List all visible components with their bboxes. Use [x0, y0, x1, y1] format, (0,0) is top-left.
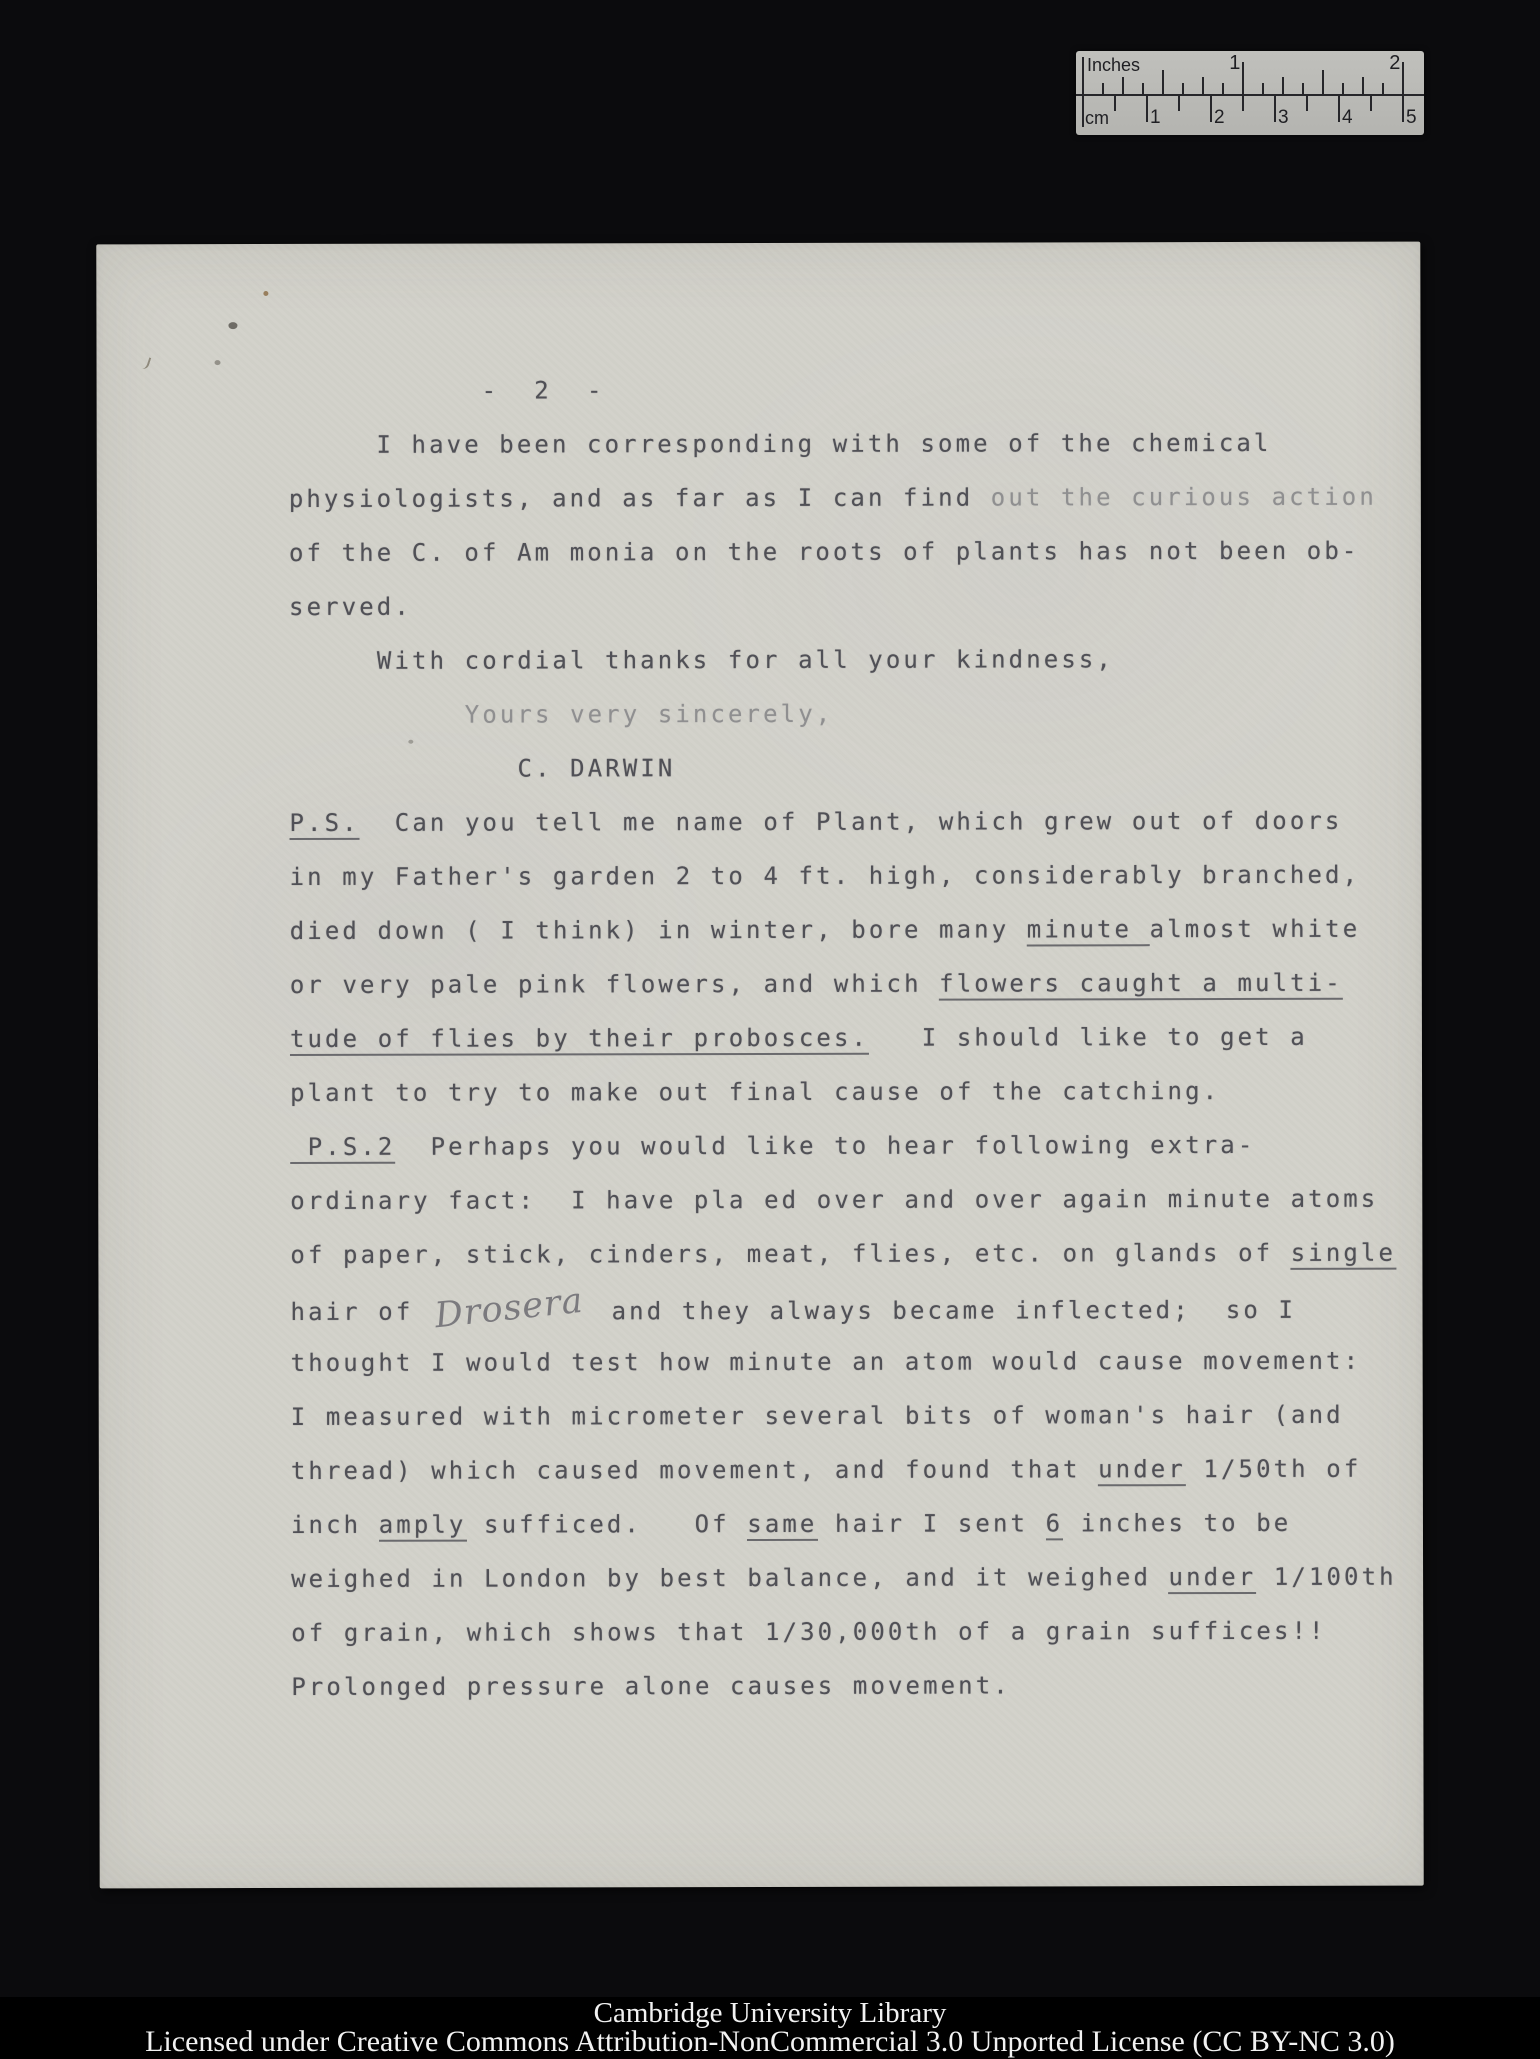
inches-label: Inches [1087, 55, 1140, 76]
text-segment: - 2 - [289, 376, 605, 405]
cm-tick [1274, 96, 1276, 122]
inch-tick [1242, 62, 1244, 94]
license-text: Licensed under Creative Commons Attribut… [0, 2027, 1540, 2057]
text-segment: of paper, stick, cinders, meat, flies, e… [290, 1239, 1290, 1269]
cm-tick [1082, 96, 1084, 122]
text-segment: thread) which caused movement, and found… [291, 1455, 1098, 1485]
underlined-text: P.S.2 [290, 1133, 395, 1164]
text-segment: I should like to get a [869, 1023, 1308, 1052]
text-segment: almost white [1150, 915, 1361, 943]
letter-line: in my Father's garden 2 to 4 ft. high, c… [290, 848, 1396, 904]
letter-line: weighed in London by best balance, and i… [291, 1550, 1397, 1606]
text-segment: of grain, which shows that 1/30,000th of… [291, 1617, 1326, 1647]
inch-tick [1362, 77, 1364, 94]
attribution-footer: Cambridge University Library Licensed un… [0, 1997, 1540, 2059]
text-segment: C. DARWIN [289, 754, 675, 783]
cm-tick [1370, 96, 1372, 111]
inch-tick [1302, 83, 1304, 94]
inch-tick [1282, 77, 1284, 94]
letter-line: of grain, which shows that 1/30,000th of… [291, 1604, 1397, 1660]
text-segment: of the C. of Am monia on the roots of pl… [289, 537, 1360, 567]
letter-line: Yours very sincerely, [289, 686, 1395, 742]
text-segment: and they always became inflected; so I [594, 1296, 1296, 1325]
text-segment: ordinary fact: I have pla ed over and ov… [290, 1185, 1378, 1215]
underlined-text: minute [1027, 915, 1150, 946]
inch-tick [1162, 70, 1164, 94]
text-segment: Prolonged pressure alone causes movement… [291, 1671, 1011, 1701]
text-segment: or very pale pink flowers, and which [290, 970, 939, 999]
letter-line: hair of Drosera and they always became i… [290, 1280, 1396, 1336]
letter-page: - 2 - I have been corresponding with som… [96, 242, 1423, 1889]
handwritten-word: Drosera [432, 1274, 586, 1344]
inch-number: 1 [1229, 52, 1240, 75]
letter-line: thread) which caused movement, and found… [291, 1442, 1397, 1498]
inch-tick [1322, 70, 1324, 94]
scan-background: Inches cm 12 12345 - 2 - I have been cor… [0, 0, 1540, 2059]
letter-line: I have been corresponding with some of t… [289, 416, 1395, 472]
paper-speck [228, 322, 237, 329]
text-segment: physiologists, and as far as I can find [289, 484, 991, 513]
inch-tick [1222, 83, 1224, 94]
underlined-text: P.S. [289, 809, 359, 840]
inch-tick [1122, 77, 1124, 94]
letter-body: - 2 - I have been corresponding with som… [289, 362, 1397, 1714]
page-number-line: - 2 - [289, 362, 1395, 418]
inch-tick [1182, 83, 1184, 94]
inch-tick [1202, 77, 1204, 94]
text-segment: inches to be [1063, 1509, 1291, 1537]
cm-number: 2 [1214, 107, 1225, 129]
letter-line: inch amply sufficed. Of same hair I sent… [291, 1496, 1397, 1552]
text-segment: Perhaps you would like to hear following… [395, 1131, 1255, 1161]
cm-tick [1146, 96, 1148, 122]
text-segment: thought I would test how minute an atom … [291, 1347, 1362, 1377]
letter-line: P.S. Can you tell me name of Plant, whic… [289, 794, 1395, 850]
text-segment: I have been corresponding with some of t… [289, 429, 1272, 459]
paper-speck [215, 360, 221, 365]
letter-line: thought I would test how minute an atom … [291, 1334, 1397, 1390]
text-segment: sufficed. Of [466, 1510, 747, 1539]
letter-line: physiologists, and as far as I can find … [289, 470, 1395, 526]
text-segment: hair I sent [817, 1509, 1045, 1537]
paper-speck [263, 291, 268, 296]
letter-line: served. [289, 578, 1395, 634]
letter-line: P.S.2 Perhaps you would like to hear fol… [290, 1118, 1396, 1174]
underlined-text: 6 [1046, 1509, 1064, 1540]
inch-tick [1382, 83, 1384, 94]
text-segment: inch [291, 1511, 379, 1539]
text-segment: served. [289, 593, 412, 621]
letter-line: tude of flies by their probosces. I shou… [290, 1010, 1396, 1066]
cm-label: cm [1085, 108, 1109, 129]
underlined-text: flowers caught a multi- [939, 969, 1343, 1001]
inch-tick [1102, 83, 1104, 94]
text-segment: Can you tell me name of Plant, which gre… [360, 807, 1343, 837]
cm-tick [1114, 96, 1116, 111]
cm-tick [1242, 96, 1244, 111]
letter-line: Prolonged pressure alone causes movement… [291, 1658, 1397, 1714]
letter-line: plant to try to make out final cause of … [290, 1064, 1396, 1120]
cm-tick [1338, 96, 1340, 122]
text-segment: weighed in London by best balance, and i… [291, 1563, 1169, 1593]
cm-number: 5 [1406, 107, 1417, 129]
letter-line: I measured with micrometer several bits … [291, 1388, 1397, 1444]
text-segment: hair of [290, 1298, 430, 1326]
letter-line: ordinary fact: I have pla ed over and ov… [290, 1172, 1396, 1228]
inch-tick [1342, 83, 1344, 94]
text-segment: died down ( I think) in winter, bore man… [290, 915, 1027, 945]
letter-line: of paper, stick, cinders, meat, flies, e… [290, 1226, 1396, 1282]
letter-line: C. DARWIN [289, 740, 1395, 796]
cm-tick [1306, 96, 1308, 111]
letter-line: With cordial thanks for all your kindnes… [289, 632, 1395, 688]
inch-tick [1402, 62, 1404, 94]
cm-tick [1178, 96, 1180, 111]
inch-tick [1082, 62, 1084, 94]
cm-number: 3 [1278, 107, 1289, 129]
cm-tick [1402, 96, 1404, 122]
underlined-text: amply [379, 1511, 467, 1542]
text-segment: 1/50th of [1186, 1455, 1362, 1483]
measurement-ruler: Inches cm 12 12345 [1076, 51, 1424, 135]
inch-number: 2 [1389, 52, 1400, 75]
cm-number: 1 [1150, 107, 1161, 129]
text-segment: 1/100th [1256, 1563, 1396, 1591]
inch-tick [1142, 83, 1144, 94]
underlined-text: tude of flies by their probosces. [290, 1024, 869, 1056]
underlined-text: single [1291, 1239, 1396, 1270]
text-segment: Yours very sincerely, [289, 700, 833, 729]
text-segment: I measured with micrometer several bits … [291, 1401, 1344, 1431]
underlined-text: under [1098, 1455, 1186, 1486]
inch-tick [1262, 83, 1264, 94]
text-segment: With cordial thanks for all your kindnes… [289, 645, 1114, 675]
underlined-text: same [747, 1510, 817, 1541]
letter-line: died down ( I think) in winter, bore man… [290, 902, 1396, 958]
letter-line: or very pale pink flowers, and which flo… [290, 956, 1396, 1012]
text-segment: in my Father's garden 2 to 4 ft. high, c… [290, 861, 1361, 891]
underlined-text: under [1169, 1563, 1257, 1594]
text-segment: out the curious action [991, 483, 1377, 512]
letter-line: of the C. of Am monia on the roots of pl… [289, 524, 1395, 580]
cm-number: 4 [1342, 107, 1353, 129]
cm-tick [1210, 96, 1212, 122]
text-segment: plant to try to make out final cause of … [290, 1077, 1220, 1107]
stray-pen-mark [139, 355, 152, 370]
